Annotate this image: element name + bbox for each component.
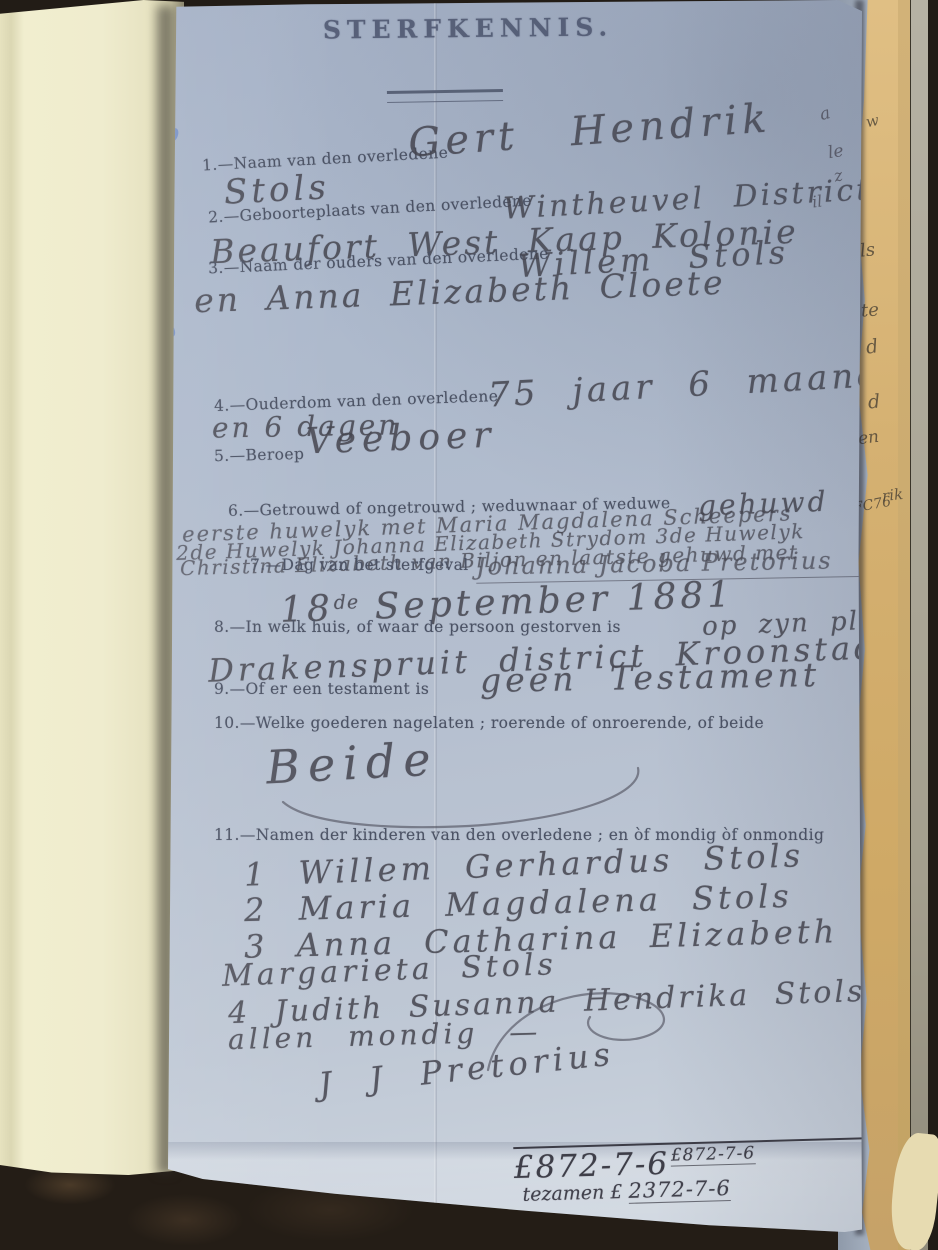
side-script-fragment: d <box>867 391 881 414</box>
amount-total: 2372-7-6 <box>628 1176 731 1204</box>
field-5-value: Veeboer <box>305 415 497 463</box>
field-8-label: 8.—In welk huis, of waar de persoon gest… <box>214 618 621 636</box>
date-ordinal: de <box>333 591 359 614</box>
field-10-value: Beide <box>265 732 440 795</box>
field-5-label: 5.—Beroep <box>214 445 305 465</box>
amount-total-label: tezamen <box>522 1182 604 1206</box>
book-gap-dark-far <box>928 0 938 1250</box>
photo-scene: ls te d d en rik FC76 w STERFKENNIS. 1.—… <box>0 0 938 1250</box>
margin-ink-fragment: a <box>818 103 833 125</box>
title-rule <box>387 89 503 103</box>
amount-duplicate: £872-7-6 <box>671 1143 756 1166</box>
field-1-value-line-1: Gert Hendrik <box>407 95 773 166</box>
amount-total-currency: £ <box>610 1181 623 1203</box>
field-9-value: geen Testament <box>480 655 821 700</box>
page-title: STERFKENNIS. <box>288 12 648 45</box>
estate-amounts: £872-7-6£872-7-6 tezamen £ 2372-7-6 <box>513 1137 877 1206</box>
field-7-label: 7.—Dag van het sterfgeval <box>250 556 469 574</box>
death-notice-page: STERFKENNIS. 1.—Naam van den overledene … <box>168 0 862 1232</box>
margin-ink-fragment: le <box>826 141 845 163</box>
field-10-label: 10.—Welke goederen nagelaten ; roerende … <box>214 714 764 732</box>
field-9-label: 9.—Of er een testament is <box>214 680 429 698</box>
